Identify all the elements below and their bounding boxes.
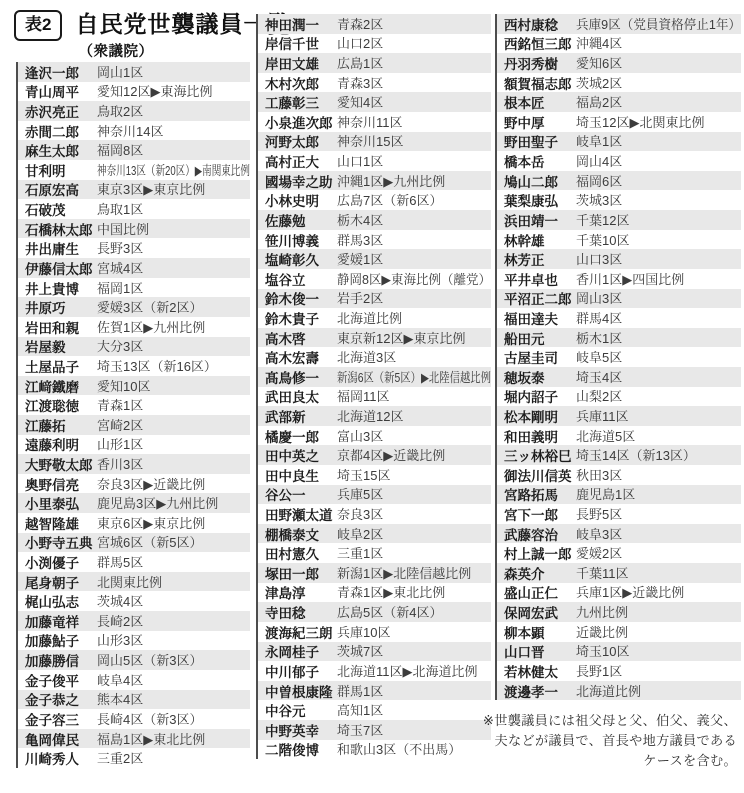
- member-district: 岡山4区: [576, 151, 622, 170]
- member-district: 群馬1区: [337, 681, 383, 700]
- member-name: 小里泰弘: [18, 493, 97, 513]
- member-district: 愛媛2区: [576, 543, 622, 562]
- footnote-line: ケースを含む。: [437, 751, 737, 771]
- member-district-cell: 山形3区: [97, 630, 250, 650]
- member-name: 江渡聡徳: [18, 395, 97, 415]
- table-row: 田野瀬太道奈良3区: [258, 504, 491, 524]
- member-district: 福岡11区: [337, 386, 390, 405]
- table-row: 金子俊平岐阜4区: [18, 670, 250, 690]
- table-row: 佐藤勉栃木4区: [258, 210, 491, 230]
- member-name: 逢沢一郎: [18, 62, 97, 82]
- member-district: 岡山5区（新3区）: [97, 650, 202, 669]
- member-district: 福岡8区: [97, 140, 143, 159]
- member-district-cell: 宮崎2区: [97, 415, 250, 435]
- member-district-cell: 広島1区: [337, 53, 491, 73]
- member-name: 小泉進次郎: [258, 112, 337, 132]
- member-district: 長崎2区: [97, 611, 143, 630]
- member-district: 茨城4区: [97, 591, 143, 610]
- member-name: 平沼正二郎: [497, 288, 576, 308]
- table-row: 田村憲久三重1区: [258, 543, 491, 563]
- member-district: 栃木1区: [576, 328, 622, 347]
- member-district-cell: 愛媛3区（新2区）: [97, 297, 250, 317]
- table-row: 井出庸生長野3区: [18, 238, 250, 258]
- member-district-cell: 千葉10区: [576, 230, 741, 250]
- member-name: 橘慶一郎: [258, 426, 337, 446]
- member-district: 沖縄1区▶九州比例: [337, 171, 445, 190]
- member-name: 福田達夫: [497, 308, 576, 328]
- member-district: 埼玉10区: [576, 641, 629, 660]
- member-district-cell: 長崎4区（新3区）: [97, 709, 250, 729]
- member-name: 小野寺五典: [18, 532, 97, 552]
- member-name: 岩田和親: [18, 317, 97, 337]
- member-district-cell: 福岡8区: [97, 140, 250, 160]
- member-district-cell: 鳥取2区: [97, 101, 250, 121]
- member-name: 森英介: [497, 563, 576, 583]
- member-district-cell: 長野1区: [576, 661, 741, 681]
- table-row: 岩田和親佐賀1区▶九州比例: [18, 317, 250, 337]
- table-row: 青山周平愛知12区▶東海比例: [18, 82, 250, 102]
- table-row: 船田元栃木1区: [497, 328, 741, 348]
- member-district-cell: 茨城4区: [97, 591, 250, 611]
- member-name: 武部新: [258, 406, 337, 426]
- table-row: 武田良太福岡11区: [258, 387, 491, 407]
- member-district-cell: 兵庫11区: [576, 406, 741, 426]
- table-row: 越智隆雄東京6区▶東京比例: [18, 513, 250, 533]
- member-district-cell: 山梨2区: [576, 386, 741, 406]
- table-row: 橘慶一郎富山3区: [258, 426, 491, 446]
- table-row: 鈴木俊一岩手2区: [258, 289, 491, 309]
- member-district: 埼玉13区（新16区）: [97, 356, 217, 375]
- member-district-cell: 愛媛1区: [337, 249, 491, 269]
- member-name: 金子容三: [18, 709, 97, 729]
- table-row: 笹川博義群馬3区: [258, 230, 491, 250]
- member-district-cell: 岐阜5区: [576, 347, 741, 367]
- member-name: 浜田靖一: [497, 210, 576, 230]
- member-district-cell: 沖縄4区: [576, 33, 741, 53]
- member-district-cell: 栃木1区: [576, 328, 741, 348]
- member-district-cell: 岡山1区: [97, 62, 250, 82]
- member-district: 鳥取1区: [97, 199, 143, 218]
- member-district-cell: 新潟1区▶北陸信越比例: [337, 563, 491, 583]
- member-name: 宮路拓馬: [497, 484, 576, 504]
- member-district: 宮城4区: [97, 258, 143, 277]
- member-district-cell: 香川1区▶四国比例: [576, 269, 741, 289]
- member-name: 井原巧: [18, 297, 97, 317]
- table-row: 小野寺五典宮城6区（新5区）: [18, 533, 250, 553]
- member-name: 額賀福志郎: [497, 73, 576, 93]
- member-district: 愛知12区▶東海比例: [97, 81, 212, 100]
- table-row: 塩崎彰久愛媛1区: [258, 249, 491, 269]
- table-row: 井原巧愛媛3区（新2区）: [18, 297, 250, 317]
- member-district: 広島1区: [337, 53, 383, 72]
- table-row: 福田達夫群馬4区: [497, 308, 741, 328]
- member-district: 富山3区: [337, 426, 383, 445]
- member-district-cell: 熊本4区: [97, 689, 250, 709]
- member-district: 愛媛3区（新2区）: [97, 297, 202, 316]
- member-district: 鹿児島3区▶九州比例: [97, 493, 218, 512]
- member-name: 加藤竜祥: [18, 611, 97, 631]
- member-district: 九州比例: [576, 602, 628, 621]
- member-district: 宮城6区（新5区）: [97, 532, 202, 551]
- member-name: 金子恭之: [18, 689, 97, 709]
- member-district-cell: 岐阜2区: [337, 524, 491, 544]
- member-district: 三重1区: [337, 543, 383, 562]
- table-row: 高木宏壽北海道3区: [258, 347, 491, 367]
- table-row: 林芳正山口3区: [497, 249, 741, 269]
- member-name: 井出庸生: [18, 238, 97, 258]
- member-district-cell: 岐阜4区: [97, 670, 250, 690]
- member-name: 中曽根康隆: [258, 681, 337, 701]
- table-row: 川崎秀人三重2区: [18, 748, 250, 768]
- member-district-cell: 茨城2区: [576, 73, 741, 93]
- member-district-cell: 岩手2区: [337, 288, 491, 308]
- table-row: 河野太郎神奈川15区: [258, 132, 491, 152]
- member-column-3: 西村康稔兵庫9区（党員資格停止1年）西銘恒三郎沖縄4区丹羽秀樹愛知6区額賀福志郎…: [495, 14, 741, 700]
- member-district: 東京3区▶東京比例: [97, 179, 205, 198]
- member-district-cell: 愛知6区: [576, 53, 741, 73]
- member-name: 塩崎彰久: [258, 249, 337, 269]
- member-district: 青森3区: [337, 73, 383, 92]
- footnote: ※世襲議員には祖父母と父、伯父、義父、夫などが議員で、首長や地方議員であるケース…: [437, 711, 737, 770]
- member-district: 東京6区▶東京比例: [97, 513, 205, 532]
- member-district-cell: 東京6区▶東京比例: [97, 513, 250, 533]
- member-district: 北海道3区: [337, 347, 396, 366]
- member-name: 渡邊孝一: [497, 681, 576, 701]
- member-name: 船田元: [497, 328, 576, 348]
- member-district: 沖縄4区: [576, 33, 622, 52]
- member-name: 田中良生: [258, 465, 337, 485]
- member-name: 堀内詔子: [497, 386, 576, 406]
- table-row: 大野敬太郎香川3区: [18, 454, 250, 474]
- member-district-cell: 北海道5区: [576, 426, 741, 446]
- member-name: 田野瀬太道: [258, 504, 337, 524]
- table-row: 橋本岳岡山4区: [497, 151, 741, 171]
- member-name: 井上貴博: [18, 278, 97, 298]
- table-row: 棚橋泰文岐阜2区: [258, 524, 491, 544]
- member-name: 青山周平: [18, 81, 97, 101]
- table-row: 永岡桂子茨城7区: [258, 642, 491, 662]
- member-name: 林芳正: [497, 249, 576, 269]
- member-name: 土屋品子: [18, 356, 97, 376]
- member-district-cell: 神奈川15区: [337, 131, 491, 151]
- member-district-cell: 兵庫1区▶近畿比例: [576, 582, 741, 602]
- member-district: 岡山3区: [576, 288, 622, 307]
- member-district: 千葉10区: [576, 230, 629, 249]
- table-row: 石破茂鳥取1区: [18, 199, 250, 219]
- member-name: 笹川博義: [258, 230, 337, 250]
- member-name: 大野敬太郎: [18, 454, 97, 474]
- member-district: 岐阜5区: [576, 347, 622, 366]
- table-row: 堀内詔子山梨2区: [497, 387, 741, 407]
- table-row: 平井卓也香川1区▶四国比例: [497, 269, 741, 289]
- member-district-cell: 新潟6区（新5区）▶北陸信越比例: [337, 367, 491, 387]
- member-district: 長崎4区（新3区）: [97, 709, 202, 728]
- table-row: 麻生太郎福岡8区: [18, 140, 250, 160]
- member-district: 近畿比例: [576, 622, 628, 641]
- member-name: 武田良太: [258, 386, 337, 406]
- table-row: 西村康稔兵庫9区（党員資格停止1年）: [497, 14, 741, 34]
- member-district-cell: 群馬4区: [576, 308, 741, 328]
- member-name: 柳本顕: [497, 622, 576, 642]
- table-row: 石原宏高東京3区▶東京比例: [18, 180, 250, 200]
- table-row: 小林史明広島7区（新6区）: [258, 190, 491, 210]
- member-district-cell: 千葉11区: [576, 563, 741, 583]
- member-district-cell: 三重1区: [337, 543, 491, 563]
- table-row: 高木啓東京新12区▶東京比例: [258, 328, 491, 348]
- member-district-cell: 鹿児島1区: [576, 484, 741, 504]
- member-district: 埼玉4区: [576, 367, 622, 386]
- member-name: 小林史明: [258, 190, 337, 210]
- member-district-cell: 埼玉14区（新13区）: [576, 445, 741, 465]
- member-district: 山形1区: [97, 434, 143, 453]
- member-district-cell: 愛知12区▶東海比例: [97, 81, 250, 101]
- table-row: 平沼正二郎岡山3区: [497, 289, 741, 309]
- member-name: 西銘恒三郎: [497, 33, 576, 53]
- member-name: 鈴木貴子: [258, 308, 337, 328]
- table-row: 逢沢一郎岡山1区: [18, 62, 250, 82]
- member-district: 長野3区: [97, 238, 143, 257]
- member-district: 鹿児島1区: [576, 484, 635, 503]
- member-name: 野田聖子: [497, 131, 576, 151]
- member-district-cell: 中国比例: [97, 219, 250, 239]
- table-row: 柳本顕近畿比例: [497, 622, 741, 642]
- member-name: 中谷元: [258, 700, 337, 720]
- member-name: 加藤勝信: [18, 650, 97, 670]
- member-name: 伊藤信太郎: [18, 258, 97, 278]
- member-district: 青森1区▶東北比例: [337, 582, 445, 601]
- table-row: 加藤勝信岡山5区（新3区）: [18, 650, 250, 670]
- table-row: 小泉進次郎神奈川11区: [258, 112, 491, 132]
- table-row: 額賀福志郎茨城2区: [497, 73, 741, 93]
- member-district: 愛知4区: [337, 92, 383, 111]
- member-district-cell: 神奈川11区: [337, 112, 491, 132]
- member-district: 北海道11区▶北海道比例: [337, 661, 478, 680]
- member-district: 福島2区: [576, 92, 622, 111]
- member-district-cell: 岐阜3区: [576, 524, 741, 544]
- member-district: 奈良3区▶近畿比例: [97, 474, 205, 493]
- table-row: 赤間二郎神奈川14区: [18, 121, 250, 141]
- table-row: 三ッ林裕巳埼玉14区（新13区）: [497, 445, 741, 465]
- table-row: 小渕優子群馬5区: [18, 552, 250, 572]
- member-name: 古屋圭司: [497, 347, 576, 367]
- member-name: 河野太郎: [258, 131, 337, 151]
- table-row: 岸信千世山口2区: [258, 34, 491, 54]
- table-row: 江渡聡徳青森1区: [18, 395, 250, 415]
- member-district: 宮崎2区: [97, 415, 143, 434]
- table-row: 古屋圭司岐阜5区: [497, 347, 741, 367]
- member-name: 佐藤勉: [258, 210, 337, 230]
- member-district-cell: 山口2区: [337, 33, 491, 53]
- member-name: 石原宏高: [18, 179, 97, 199]
- member-name: 遠藤利明: [18, 434, 97, 454]
- table-row: 土屋品子埼玉13区（新16区）: [18, 356, 250, 376]
- table-row: 塚田一郎新潟1区▶北陸信越比例: [258, 563, 491, 583]
- member-district: 奈良3区: [337, 504, 383, 523]
- table-row: 山口晋埼玉10区: [497, 642, 741, 662]
- member-district-cell: 青森1区: [97, 395, 250, 415]
- member-district: 兵庫10区: [337, 622, 390, 641]
- member-name: 高村正大: [258, 151, 337, 171]
- table-row: 若林健太長野1区: [497, 661, 741, 681]
- member-district-cell: 佐賀1区▶九州比例: [97, 317, 250, 337]
- member-district-cell: 愛媛2区: [576, 543, 741, 563]
- member-name: 林幹雄: [497, 230, 576, 250]
- table-row: 加藤竜祥長崎2区: [18, 611, 250, 631]
- table-row: 遠藤利明山形1区: [18, 435, 250, 455]
- table-number-badge: 表2: [14, 10, 62, 41]
- member-district-cell: 長野5区: [576, 504, 741, 524]
- member-name: 御法川信英: [497, 465, 576, 485]
- member-district-cell: 茨城7区: [337, 641, 491, 661]
- member-name: 橋本岳: [497, 151, 576, 171]
- member-district: 愛媛1区: [337, 249, 383, 268]
- member-district-cell: 北海道比例: [576, 681, 741, 701]
- table-row: 根本匠福島2区: [497, 92, 741, 112]
- table-row: 葉梨康弘茨城3区: [497, 190, 741, 210]
- footnote-line: ※世襲議員には祖父母と父、伯父、義父、: [437, 711, 737, 731]
- member-district-cell: 埼玉13区（新16区）: [97, 356, 250, 376]
- table-row: 野田聖子岐阜1区: [497, 132, 741, 152]
- member-district-cell: 岐阜1区: [576, 131, 741, 151]
- member-district: 山口2区: [337, 33, 383, 52]
- table-row: 穂坂泰埼玉4区: [497, 367, 741, 387]
- member-name: 丹羽秀樹: [497, 53, 576, 73]
- member-name: 岸信千世: [258, 33, 337, 53]
- member-district: 山梨2区: [576, 386, 622, 405]
- member-name: 棚橋泰文: [258, 524, 337, 544]
- member-district-cell: 群馬3区: [337, 230, 491, 250]
- member-district-cell: 山口3区: [576, 249, 741, 269]
- member-district-cell: 北海道3区: [337, 347, 491, 367]
- member-name: 川崎秀人: [18, 748, 97, 768]
- member-district: 北関東比例: [97, 572, 162, 591]
- table-row: 中曽根康隆群馬1区: [258, 681, 491, 701]
- member-name: 岸田文雄: [258, 53, 337, 73]
- member-district: 高知1区: [337, 700, 383, 719]
- member-district: 山口1区: [337, 151, 383, 170]
- member-name: 江﨑鐵磨: [18, 376, 97, 396]
- member-name: 塩谷立: [258, 269, 337, 289]
- member-name: 小渕優子: [18, 552, 97, 572]
- member-district: 岐阜4区: [97, 670, 143, 689]
- table-row: 江﨑鐵磨愛知10区: [18, 376, 250, 396]
- member-district-cell: 近畿比例: [576, 622, 741, 642]
- table-row: 金子容三長崎4区（新3区）: [18, 709, 250, 729]
- member-name: 工藤彰三: [258, 92, 337, 112]
- member-name: 穂坂泰: [497, 367, 576, 387]
- member-district: 新潟6区（新5区）▶北陸信越比例: [337, 367, 491, 386]
- table-row: 木村次郎青森3区: [258, 73, 491, 93]
- member-name: 若林健太: [497, 661, 576, 681]
- table-row: 浜田靖一千葉12区: [497, 210, 741, 230]
- member-district-cell: 青森3区: [337, 73, 491, 93]
- member-district: 埼玉7区: [337, 720, 383, 739]
- member-district: 大分3区: [97, 336, 143, 355]
- table-row: 中川郁子北海道11区▶北海道比例: [258, 661, 491, 681]
- member-name: 加藤鮎子: [18, 630, 97, 650]
- member-district: 福岡1区: [97, 278, 143, 297]
- member-name: 宮下一郎: [497, 504, 576, 524]
- member-district: 茨城7区: [337, 641, 383, 660]
- table-row: 甘利明神奈川13区（新20区）▶南関東比例: [18, 160, 250, 180]
- member-district: 北海道12区: [337, 406, 403, 425]
- member-district: 愛知6区: [576, 53, 622, 72]
- member-name: 高木宏壽: [258, 347, 337, 367]
- member-district-cell: 北関東比例: [97, 572, 250, 592]
- table-row: 岩屋毅大分3区: [18, 337, 250, 357]
- table-row: 渡邊孝一北海道比例: [497, 681, 741, 701]
- member-name: 髙鳥修一: [258, 367, 337, 387]
- table-row: 國場幸之助沖縄1区▶九州比例: [258, 171, 491, 191]
- member-district-cell: 広島7区（新6区）: [337, 190, 491, 210]
- member-district: 北海道比例: [576, 681, 641, 700]
- member-district-cell: 愛知10区: [97, 376, 250, 396]
- table-row: 石橋林太郎中国比例: [18, 219, 250, 239]
- member-district-cell: 埼玉15区: [337, 465, 491, 485]
- member-name: 鳩山二郎: [497, 171, 576, 191]
- member-district-cell: 長野3区: [97, 238, 250, 258]
- member-district-cell: 岡山5区（新3区）: [97, 650, 250, 670]
- member-column-1: 逢沢一郎岡山1区青山周平愛知12区▶東海比例赤沢亮正鳥取2区赤間二郎神奈川14区…: [16, 62, 250, 768]
- member-district: 秋田3区: [576, 465, 622, 484]
- member-name: 西村康稔: [497, 14, 576, 34]
- member-district-cell: 沖縄1区▶九州比例: [337, 171, 491, 191]
- member-district: 岩手2区: [337, 288, 383, 307]
- member-district-cell: 福島2区: [576, 92, 741, 112]
- member-name: 尾身朝子: [18, 572, 97, 592]
- footnote-line: 夫などが議員で、首長や地方議員である: [437, 731, 737, 751]
- member-district: 岡山1区: [97, 62, 143, 81]
- member-district-cell: 長崎2区: [97, 611, 250, 631]
- member-name: 江藤拓: [18, 415, 97, 435]
- member-district-cell: 宮城4区: [97, 258, 250, 278]
- member-district: 群馬5区: [97, 552, 143, 571]
- member-name: 國場幸之助: [258, 171, 337, 191]
- member-district: 京都4区▶近畿比例: [337, 445, 445, 464]
- member-district: 佐賀1区▶九州比例: [97, 317, 205, 336]
- member-name: 赤沢亮正: [18, 101, 97, 121]
- member-district-cell: 北海道比例: [337, 308, 491, 328]
- member-district: 福島1区▶東北比例: [97, 729, 205, 748]
- member-name: 奥野信亮: [18, 474, 97, 494]
- member-district-cell: 鹿児島3区▶九州比例: [97, 493, 250, 513]
- member-district-cell: 福岡1区: [97, 278, 250, 298]
- member-district: 福岡6区: [576, 171, 622, 190]
- member-district: 栃木4区: [337, 210, 383, 229]
- table-row: 西銘恒三郎沖縄4区: [497, 34, 741, 54]
- member-name: 石破茂: [18, 199, 97, 219]
- member-name: 津島淳: [258, 582, 337, 602]
- member-district: 東京新12区▶東京比例: [337, 328, 465, 347]
- member-name: 越智隆雄: [18, 513, 97, 533]
- member-name: 武藤容治: [497, 524, 576, 544]
- member-district: 岐阜3区: [576, 524, 622, 543]
- table-row: 宮下一郎長野5区: [497, 504, 741, 524]
- member-district: 静岡8区▶東海比例（離党）: [337, 269, 491, 288]
- member-district-cell: 兵庫10区: [337, 622, 491, 642]
- member-district-cell: 九州比例: [576, 602, 741, 622]
- member-district-cell: 青森1区▶東北比例: [337, 582, 491, 602]
- member-district: 新潟1区▶北陸信越比例: [337, 563, 471, 582]
- member-district: 鳥取2区: [97, 101, 143, 120]
- member-district: 埼玉12区▶北関東比例: [576, 112, 704, 131]
- table-row: 田中良生埼玉15区: [258, 465, 491, 485]
- member-district-cell: 神奈川13区（新20区）▶南関東比例: [97, 160, 250, 180]
- member-district: 岐阜2区: [337, 524, 383, 543]
- member-name: 高木啓: [258, 328, 337, 348]
- member-name: 梶山弘志: [18, 591, 97, 611]
- member-district-cell: 東京3区▶東京比例: [97, 179, 250, 199]
